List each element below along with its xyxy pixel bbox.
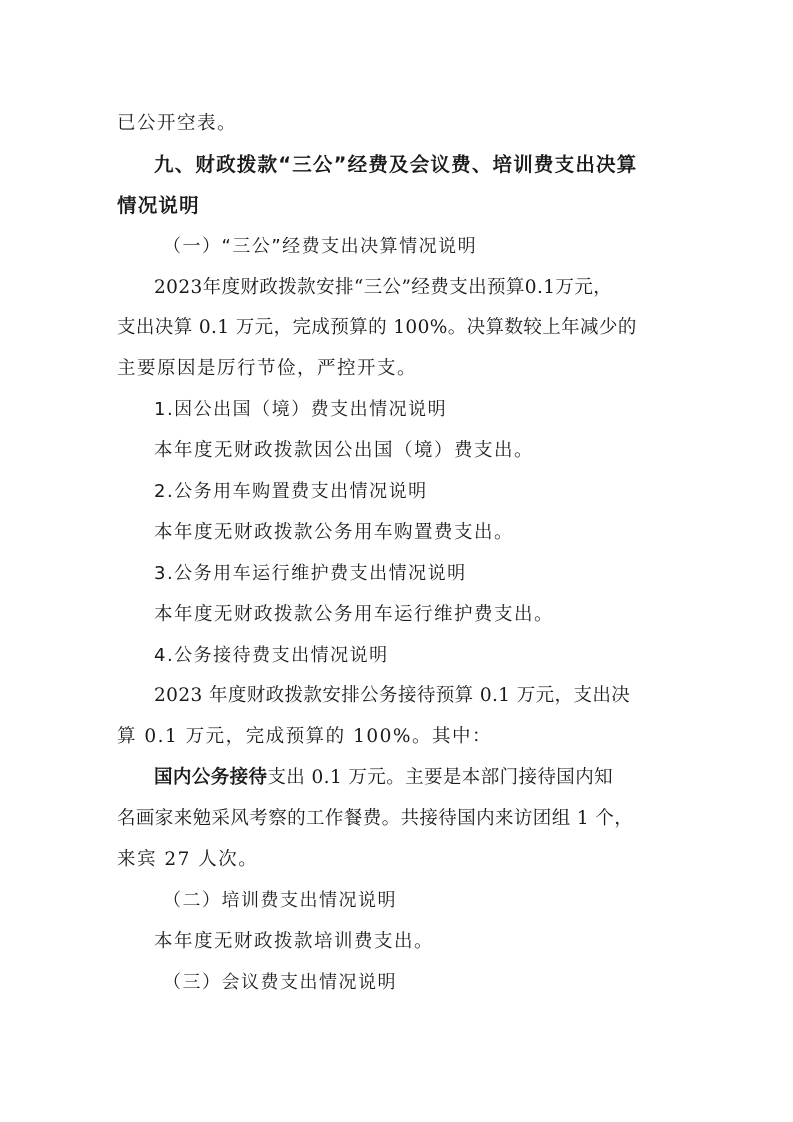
- paragraph-text: 2023年度财政拨款安排“三公”经费支出预算0.1万元，: [117, 268, 677, 309]
- paragraph-text: 本年度无财政拨款公务用车购置费支出。: [117, 513, 677, 554]
- item-heading: 2.公务用车购置费支出情况说明: [117, 472, 677, 513]
- section-heading: 九、财政拨款“三公”经费及会议费、培训费支出决算: [117, 145, 677, 186]
- document-page: 已公开空表。 九、财政拨款“三公”经费及会议费、培训费支出决算 情况说明 （一）…: [117, 104, 677, 1004]
- paragraph-text: 本年度无财政拨款培训费支出。: [117, 922, 677, 963]
- paragraph-text-rest: 支出 0.1 万元。主要是本部门接待国内知: [267, 767, 613, 788]
- paragraph-text: 2023 年度财政拨款安排公务接待预算 0.1 万元，支出决: [117, 676, 677, 717]
- paragraph-text: 已公开空表。: [117, 104, 677, 145]
- paragraph-text: 名画家来勉采风考察的工作餐费。共接待国内来访团组 1 个，: [117, 799, 677, 840]
- item-heading: 1.因公出国（境）费支出情况说明: [117, 390, 677, 431]
- paragraph-text: 本年度无财政拨款因公出国（境）费支出。: [117, 431, 677, 472]
- subsection-heading: （一）“三公”经费支出决算情况说明: [117, 227, 677, 268]
- paragraph-text: 主要原因是厉行节俭，严控开支。: [117, 349, 677, 390]
- bold-term: 国内公务接待: [154, 767, 267, 788]
- paragraph-text: 来宾 27 人次。: [117, 840, 677, 881]
- item-heading: 4.公务接待费支出情况说明: [117, 636, 677, 677]
- section-heading-continued: 情况说明: [117, 186, 677, 227]
- paragraph-text: 算 0.1 万元，完成预算的 100%。其中：: [117, 717, 677, 758]
- subsection-heading: （二）培训费支出情况说明: [117, 881, 677, 922]
- paragraph-text: 本年度无财政拨款公务用车运行维护费支出。: [117, 595, 677, 636]
- subsection-heading: （三）会议费支出情况说明: [117, 963, 677, 1004]
- paragraph-text: 支出决算 0.1 万元，完成预算的 100%。决算数较上年减少的: [117, 308, 677, 349]
- paragraph-text: 国内公务接待支出 0.1 万元。主要是本部门接待国内知: [117, 758, 677, 799]
- item-heading: 3.公务用车运行维护费支出情况说明: [117, 554, 677, 595]
